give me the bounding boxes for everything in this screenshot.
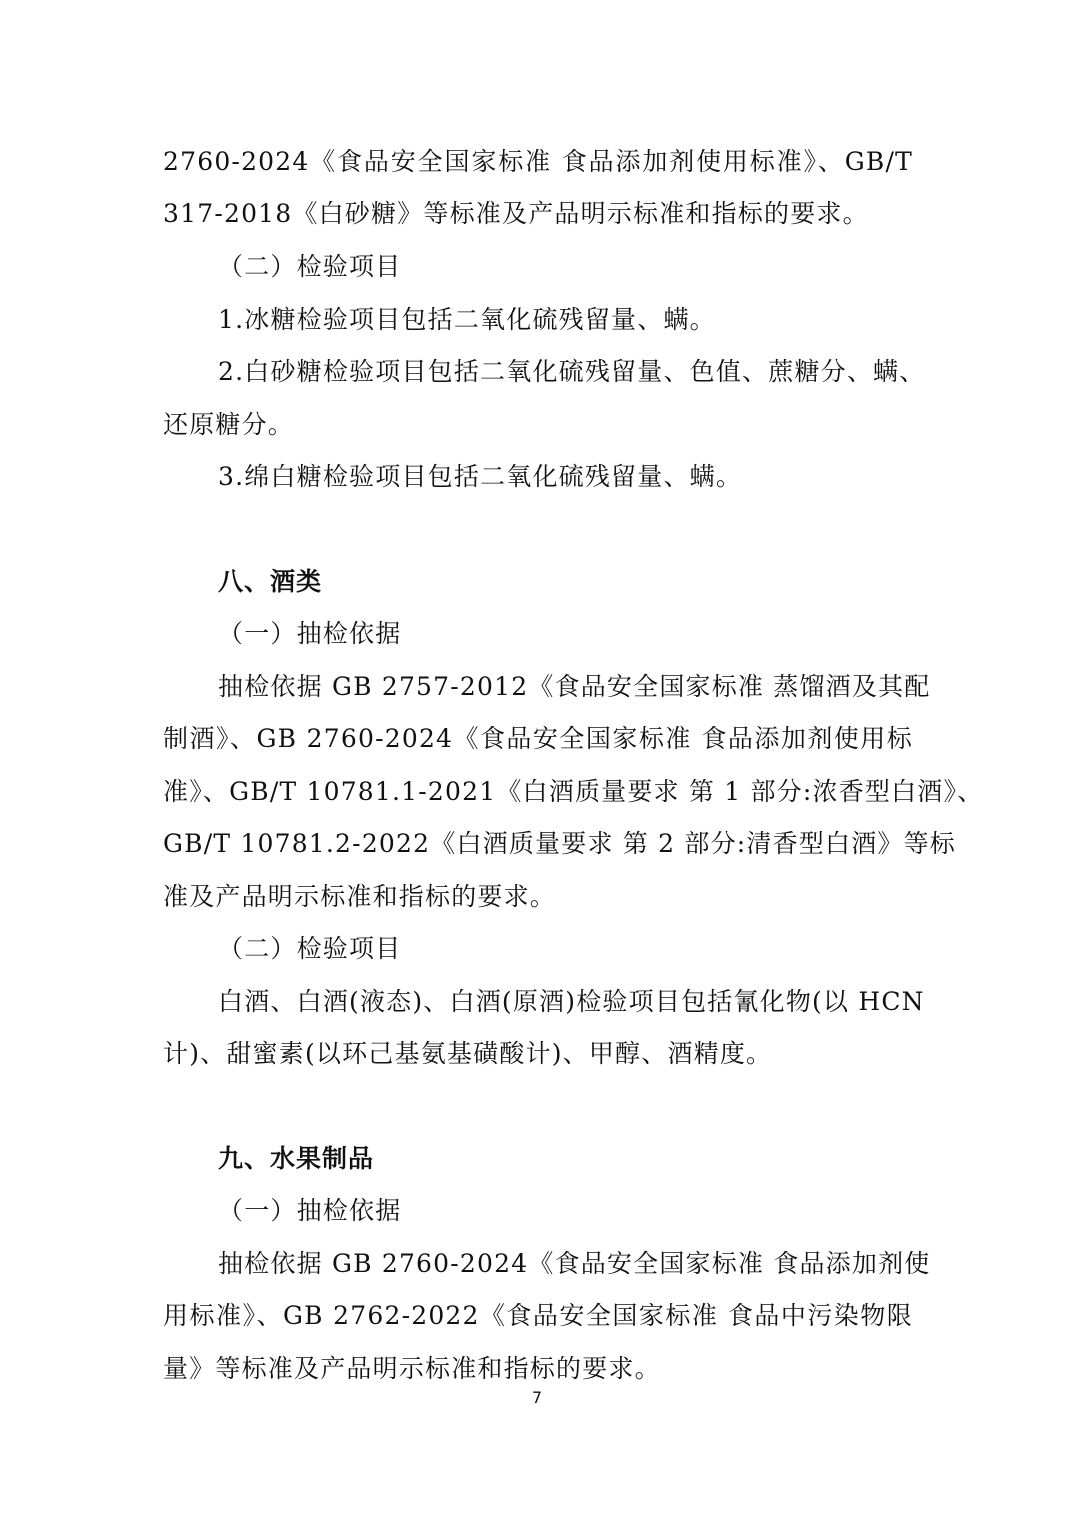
paragraph-line: 抽检依据 GB 2757-2012《食品安全国家标准 蒸馏酒及其配	[218, 670, 913, 704]
page-number: 7	[0, 1388, 1074, 1407]
list-item: 3.绵白糖检验项目包括二氧化硫残留量、螨。	[218, 460, 913, 494]
subsection-heading: （二）检验项目	[218, 932, 913, 966]
paragraph-line: 计)、甜蜜素(以环己基氨基磺酸计)、甲醇、酒精度。	[163, 1037, 913, 1071]
paragraph-line: 抽检依据 GB 2760-2024《食品安全国家标准 食品添加剂使	[218, 1247, 913, 1281]
paragraph-line: 准》、GB/T 10781.1-2021《白酒质量要求 第 1 部分:浓香型白酒…	[163, 775, 913, 809]
subsection-heading: （一）抽检依据	[218, 1194, 913, 1228]
list-item-continuation: 还原糖分。	[163, 408, 913, 442]
paragraph-line: 白酒、白酒(液态)、白酒(原酒)检验项目包括氰化物(以 HCN	[218, 985, 913, 1019]
section-heading: 八、酒类	[218, 565, 913, 599]
paragraph-line: 量》等标准及产品明示标准和指标的要求。	[163, 1352, 913, 1386]
list-item: 1.冰糖检验项目包括二氧化硫残留量、螨。	[218, 303, 913, 337]
subsection-heading: （二）检验项目	[218, 250, 913, 284]
paragraph-line: GB/T 10781.2-2022《白酒质量要求 第 2 部分:清香型白酒》等标	[163, 827, 913, 861]
paragraph-line: 用标准》、GB 2762-2022《食品安全国家标准 食品中污染物限	[163, 1299, 913, 1333]
section-heading: 九、水果制品	[218, 1142, 913, 1176]
document-page: 2760-2024《食品安全国家标准 食品添加剂使用标准》、GB/T 317-2…	[0, 0, 1074, 1520]
paragraph-line: 2760-2024《食品安全国家标准 食品添加剂使用标准》、GB/T	[163, 145, 913, 179]
paragraph-line: 制酒》、GB 2760-2024《食品安全国家标准 食品添加剂使用标	[163, 722, 913, 756]
subsection-heading: （一）抽检依据	[218, 617, 913, 651]
paragraph-line: 317-2018《白砂糖》等标准及产品明示标准和指标的要求。	[163, 197, 913, 231]
list-item: 2.白砂糖检验项目包括二氧化硫残留量、色值、蔗糖分、螨、	[218, 355, 913, 389]
paragraph-line: 准及产品明示标准和指标的要求。	[163, 880, 913, 914]
